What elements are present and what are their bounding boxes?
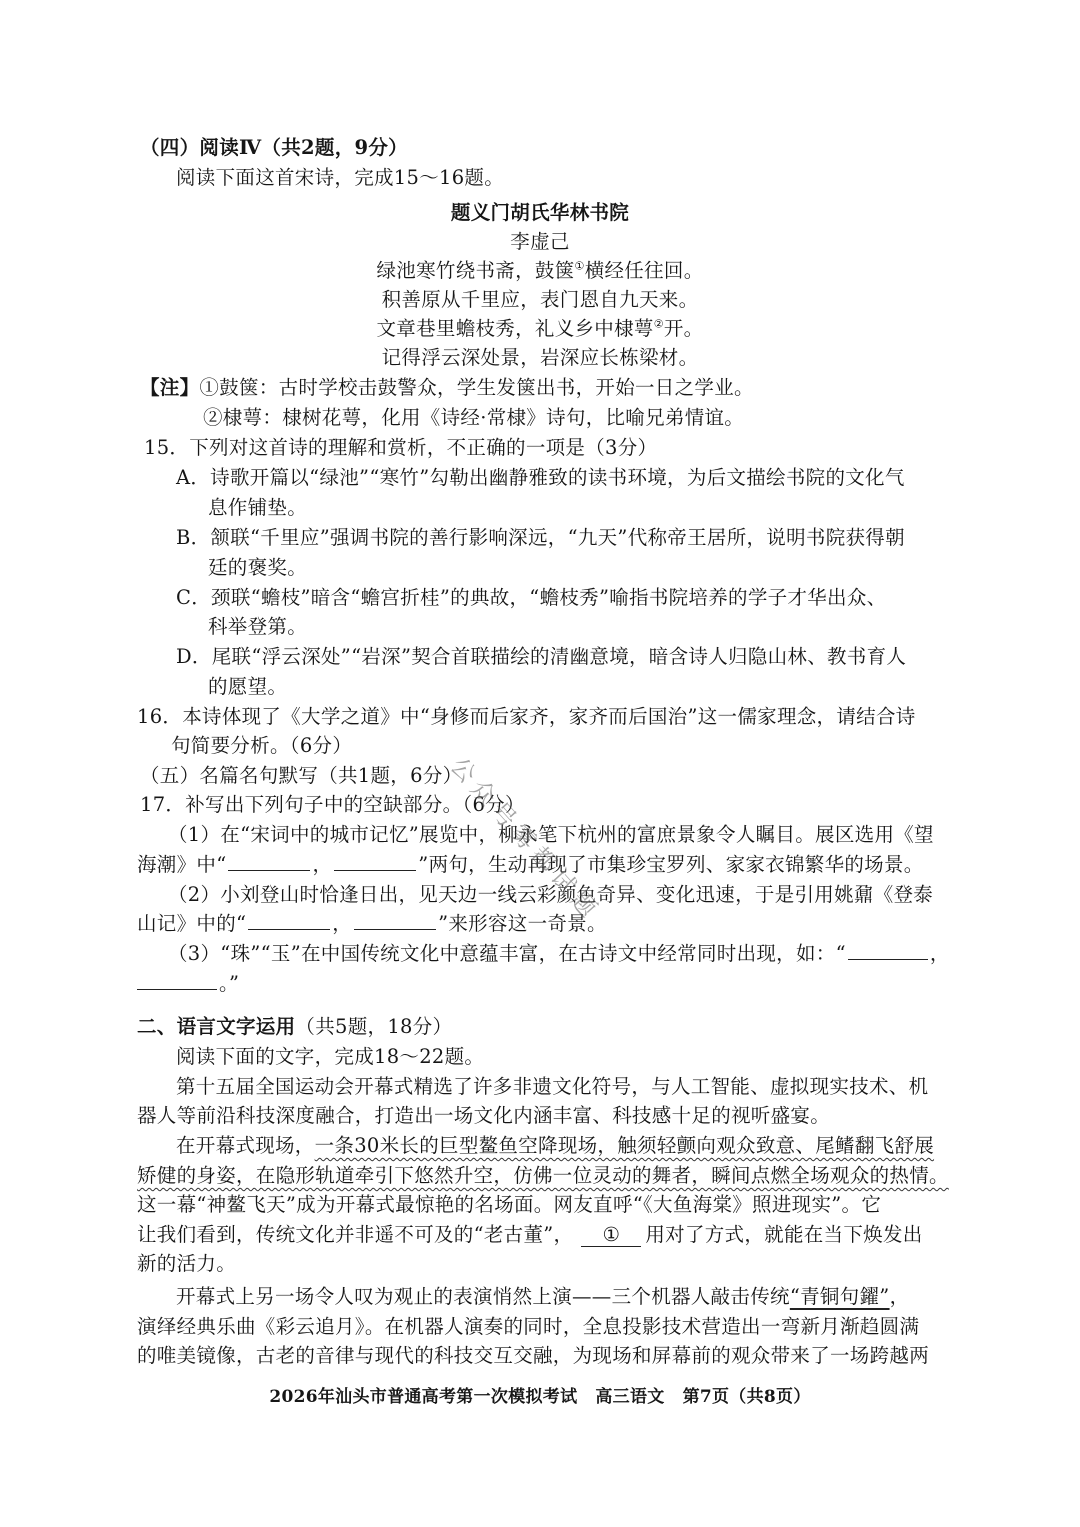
passage-para3-line3: 的唯美镜像，古老的音律与现代的科技交互交融，为现场和屏幕前的观众带来了一场跨越两	[137, 1341, 929, 1371]
text: 让我们看到，传统文化并非遥不可及的“老古董”，	[137, 1223, 573, 1246]
poem-text: 开。	[664, 317, 704, 340]
text: ，	[930, 942, 950, 965]
q17-item2-line2: 山记》中的“，”来形容这一奇景。	[137, 909, 607, 939]
passage-para3-line2: 演绎经典乐曲《彩云追月》。在机器人演奏的同时，全息投影技术营造出一弯新月渐趋圆满	[137, 1312, 919, 1342]
note-label: 【注】	[140, 376, 199, 399]
poem-text: 文章巷里蟾枝秀，礼义乡中棣萼	[377, 317, 654, 340]
text: ，	[890, 1285, 910, 1308]
poem-text: 记得浮云深处景，岩深应长栋梁材。	[382, 346, 699, 369]
question-17-stem: 17．补写出下列句子中的空缺部分。（6分）	[140, 790, 525, 820]
answer-blank[interactable]	[848, 940, 928, 960]
part-2-title: 二、语言文字运用	[137, 1015, 295, 1038]
option-b-line1: B．颔联“千里应”强调书院的善行影响深远，“九天”代称帝王居所，说明书院获得朝	[176, 523, 905, 553]
wavy-underlined-text: 一条30米长的巨型鳌鱼空降现场，触须轻颤向观众致意、尾鳍翻飞舒展	[315, 1134, 934, 1157]
q17-item3-line2: 。”	[137, 969, 239, 999]
note-text: ①鼓箧：古时学校击鼓警众，学生发箧出书，开始一日之学业。	[199, 376, 753, 399]
footnote-marker: ②	[654, 318, 664, 331]
passage-para2-line4: 让我们看到，传统文化并非遥不可及的“老古董”，①用对了方式，就能在当下焕发出	[137, 1220, 923, 1250]
option-c-line2: 科举登第。	[208, 612, 307, 642]
answer-blank[interactable]	[137, 970, 217, 990]
poem-line: 绿池寒竹绕书斋，鼓箧①横经任往回。	[0, 256, 1080, 286]
text: 在开幕式现场，	[176, 1134, 315, 1157]
poem-text: 积善原从千里应，表门恩自九天来。	[382, 288, 699, 311]
answer-blank[interactable]	[354, 910, 436, 930]
text: ，	[332, 912, 352, 935]
part-2-score: （共5题，18分）	[295, 1015, 452, 1038]
text: 。”	[219, 972, 239, 995]
footnote-marker: ①	[575, 260, 585, 273]
option-d-line2: 的愿望。	[208, 672, 287, 702]
passage-para1-line2: 器人等前沿科技深度融合，打造出一场文化内涵丰富、科技感十足的视听盛宴。	[137, 1101, 830, 1131]
text: ”两句，生动再现了市集珍宝罗列、家家衣锦繁华的场景。	[418, 853, 923, 876]
poem-line: 记得浮云深处景，岩深应长栋梁材。	[0, 343, 1080, 373]
passage-para2-line3: 这一幕“神鳌飞天”成为开幕式最惊艳的名场面。网友直呼“《大鱼海棠》照进现实”。它	[137, 1190, 881, 1220]
q17-item3-line1: （3）“珠”“玉”在中国传统文化中意蕴丰富，在古诗文中经常同时出现，如：“，	[168, 939, 950, 969]
text: （3）“珠”“玉”在中国传统文化中意蕴丰富，在古诗文中经常同时出现，如：“	[168, 942, 846, 965]
question-16-line2: 句简要分析。（6分）	[171, 731, 352, 761]
poem-title: 题义门胡氏华林书院	[0, 198, 1080, 228]
answer-blank-1[interactable]: ①	[581, 1224, 641, 1247]
footer-page-number: 第7页（共8页）	[683, 1387, 811, 1407]
part-2-heading: 二、语言文字运用（共5题，18分）	[137, 1012, 452, 1042]
passage-para2-line2: 矫健的身姿，在隐形轨道牵引下悠然升空，仿佛一位灵动的舞者，瞬间点燃全场观众的热情…	[137, 1161, 949, 1191]
note-2: ②棣萼：棣树花萼，化用《诗经·常棣》诗句，比喻兄弟情谊。	[203, 403, 744, 433]
option-a-line2: 息作铺垫。	[208, 493, 307, 523]
wavy-underlined-text: 矫健的身姿，在隐形轨道牵引下悠然升空，仿佛一位灵动的舞者，瞬间点燃全场观众的热情…	[137, 1164, 949, 1187]
page-footer: 2026年汕头市普通高考第一次模拟考试高三语文第7页（共8页）	[0, 1382, 1080, 1412]
text: 山记》中的“	[137, 912, 246, 935]
q17-item2-line1: （2）小刘登山时恰逢日出，见天边一线云彩颜色奇异、变化迅速，于是引用姚鼐《登泰	[168, 880, 933, 910]
passage-para3-line1: 开幕式上另一场令人叹为观止的表演悄然上演——三个机器人敲击传统“青铜句鑃”，	[176, 1282, 909, 1312]
section-heading-recitation: （五）名篇名句默写（共1题，6分）	[140, 761, 462, 791]
footer-exam-name: 2026年汕头市普通高考第一次模拟考试	[269, 1387, 577, 1407]
footer-subject: 高三语文	[595, 1387, 664, 1407]
option-b-line2: 廷的褒奖。	[208, 553, 307, 583]
text: ，	[312, 853, 332, 876]
q17-item1-line2: 海潮》中“，”两句，生动再现了市集珍宝罗列、家家衣锦繁华的场景。	[137, 850, 924, 880]
poem-text: 绿池寒竹绕书斋，鼓箧	[377, 259, 575, 282]
answer-blank[interactable]	[334, 851, 416, 871]
q17-item1-line1: （1）在“宋词中的城市记忆”展览中，柳永笔下杭州的富庶景象令人瞩目。展区选用《望	[168, 820, 934, 850]
question-16-line1: 16．本诗体现了《大学之道》中“身修而后家齐，家齐而后国治”这一儒家理念，请结合…	[137, 702, 916, 732]
section-heading-reading-4: （四）阅读Ⅳ（共2题，9分）	[140, 133, 408, 163]
text: 海潮》中“	[137, 853, 226, 876]
text: ”来形容这一奇景。	[438, 912, 607, 935]
option-c-line1: C．颈联“蟾枝”暗含“蟾宫折桂”的典故，“蟾枝秀”喻指书院培养的学子才华出众、	[176, 583, 886, 613]
option-d-line1: D．尾联“浮云深处”“岩深”契合首联描绘的清幽意境，暗含诗人归隐山林、教书育人	[176, 642, 906, 672]
question-15-stem: 15．下列对这首诗的理解和赏析，不正确的一项是（3分）	[144, 433, 657, 463]
note-1: 【注】①鼓箧：古时学校击鼓警众，学生发箧出书，开始一日之学业。	[140, 373, 754, 403]
passage-para1-line1: 第十五届全国运动会开幕式精选了许多非遗文化符号，与人工智能、虚拟现实技术、机	[176, 1072, 928, 1102]
underlined-term: “青铜句鑃”	[790, 1285, 890, 1308]
option-a-line1: A．诗歌开篇以“绿池”“寒竹”勾勒出幽静雅致的读书环境，为后文描绘书院的文化气	[176, 463, 905, 493]
poem-line: 文章巷里蟾枝秀，礼义乡中棣萼②开。	[0, 314, 1080, 344]
part-2-instruction: 阅读下面的文字，完成18～22题。	[176, 1042, 484, 1072]
answer-blank[interactable]	[228, 851, 310, 871]
exam-page: （四）阅读Ⅳ（共2题，9分） 阅读下面这首宋诗，完成15～16题。 题义门胡氏华…	[0, 0, 1080, 1527]
poem-author: 李虚己	[0, 227, 1080, 257]
answer-blank[interactable]	[248, 910, 330, 930]
section-instruction: 阅读下面这首宋诗，完成15～16题。	[176, 163, 504, 193]
passage-para2-line5: 新的活力。	[137, 1249, 236, 1279]
text: 开幕式上另一场令人叹为观止的表演悄然上演——三个机器人敲击传统	[176, 1285, 790, 1308]
poem-text: 横经任往回。	[585, 259, 704, 282]
passage-para2-line1: 在开幕式现场，一条30米长的巨型鳌鱼空降现场，触须轻颤向观众致意、尾鳍翻飞舒展	[176, 1131, 934, 1161]
poem-line: 积善原从千里应，表门恩自九天来。	[0, 285, 1080, 315]
text: 用对了方式，就能在当下焕发出	[645, 1223, 922, 1246]
